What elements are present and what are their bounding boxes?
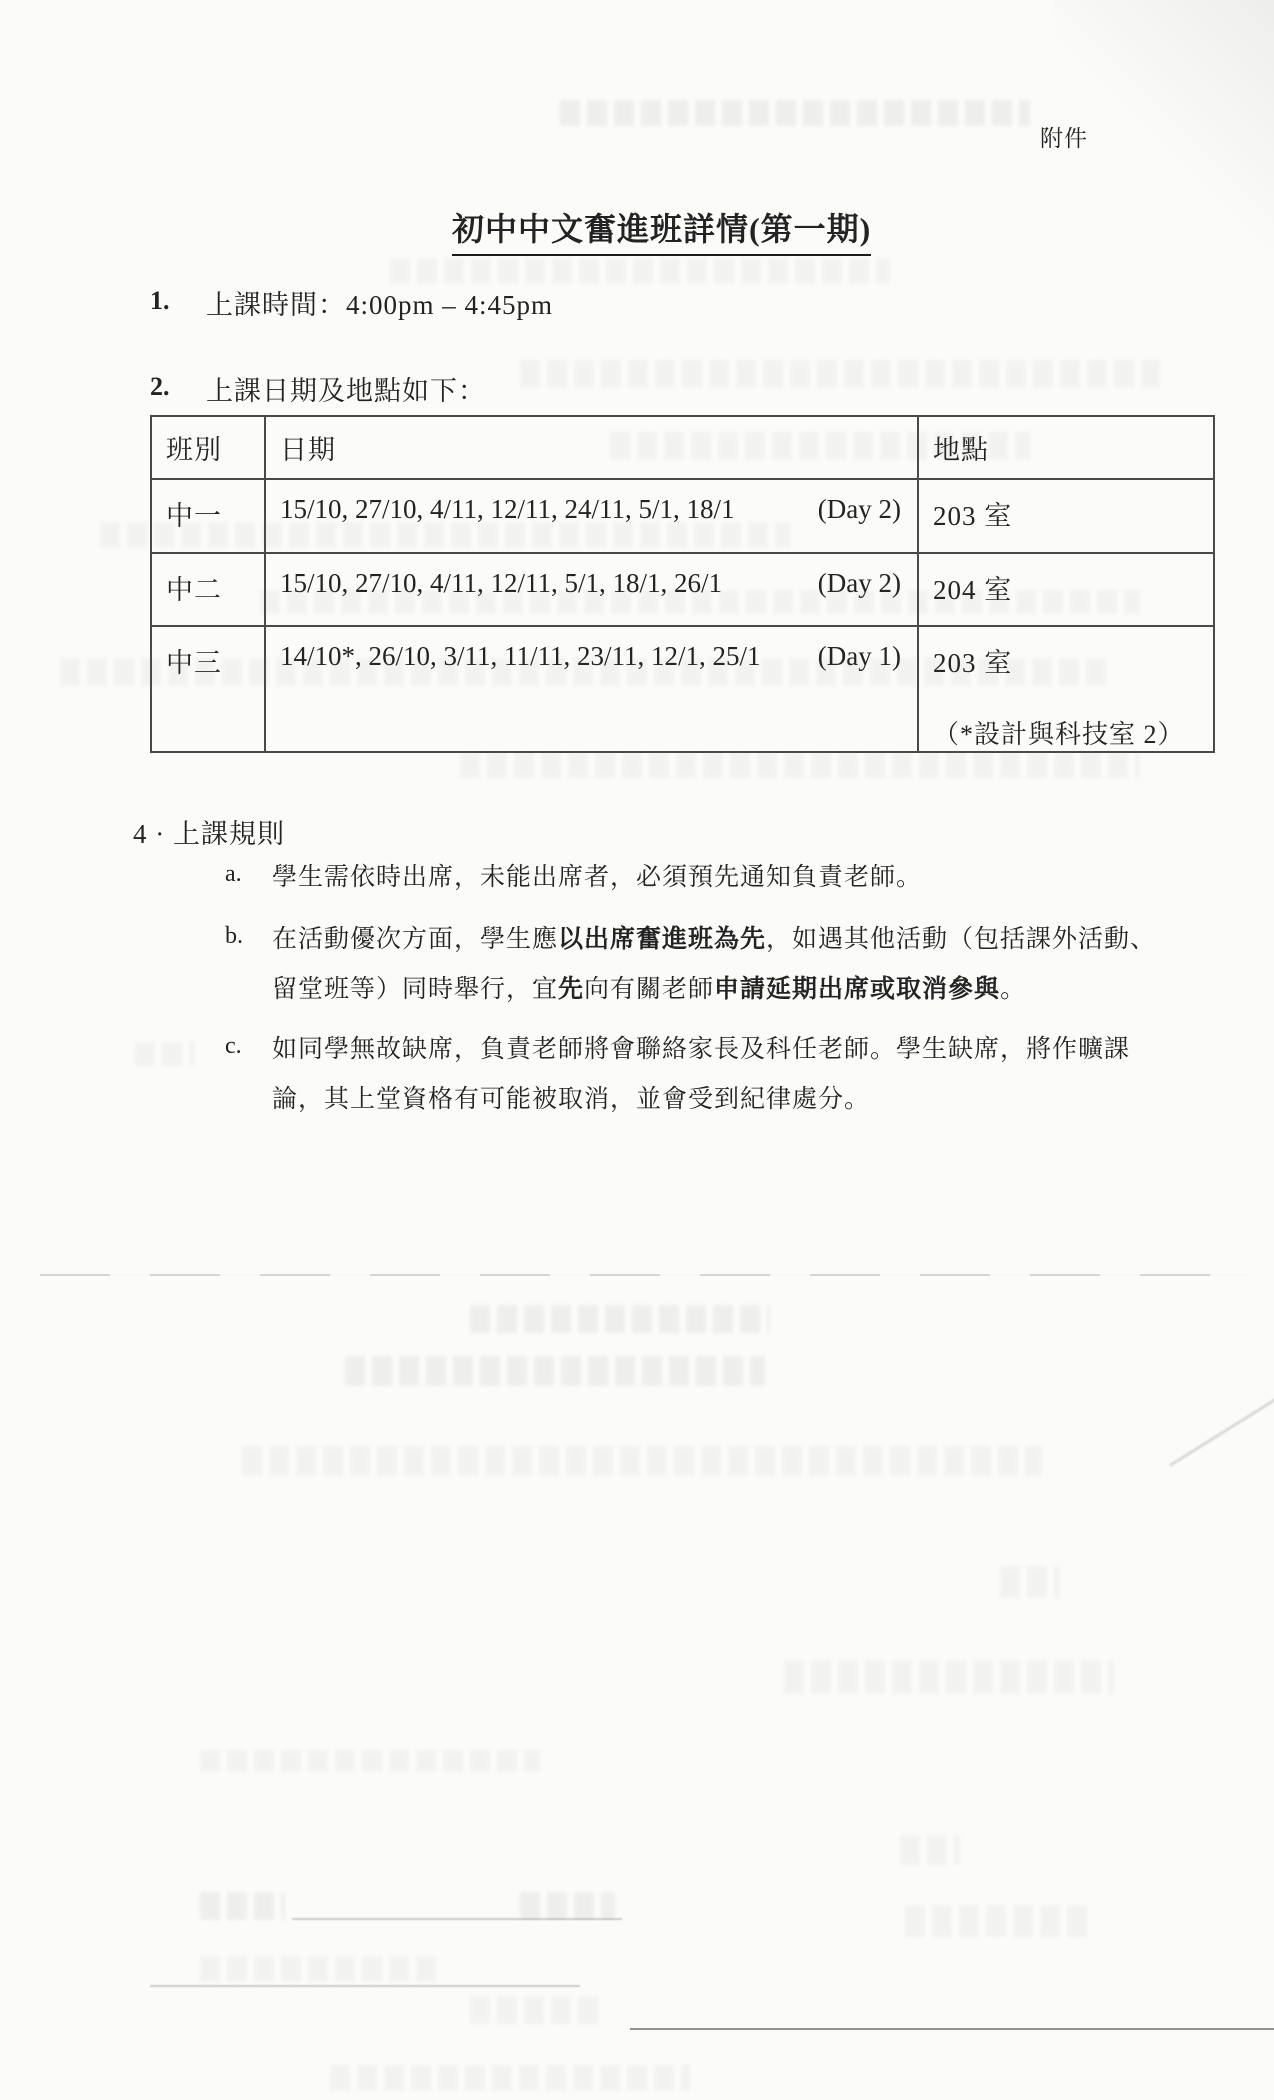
bleed-through-artifact — [560, 100, 1030, 126]
rule-a-text: 學生需依時出席，未能出席者，必須預先通知負責老師。 — [272, 857, 922, 893]
rule-b-label: b. — [225, 923, 243, 950]
rule-b-line1-post: ，如遇其他活動（包括課外活動、 — [766, 926, 1156, 953]
bleed-through-artifact — [1000, 1566, 1060, 1598]
page-title: 初中中文奮進班詳情(第一期) — [452, 204, 871, 256]
bleed-through-artifact — [470, 1996, 600, 2024]
bleed-through-artifact — [390, 258, 890, 284]
rule-c-line1: 如同學無故缺席，負責老師將會聯絡家長及科任老師。學生缺席，將作曠課 — [272, 1029, 1130, 1065]
scan-fold-line — [40, 1274, 1250, 1276]
row3-location: 203 室 — [933, 641, 1203, 680]
rule-b-line2-end: 。 — [1000, 976, 1026, 1003]
bleed-through-artifact — [900, 1835, 960, 1865]
bleed-through-artifact — [200, 1956, 440, 1982]
bleed-through-artifact — [200, 1892, 285, 1920]
header-dates: 日期 — [265, 416, 918, 479]
rule-b-line1-bold: 以出席奮進班為先 — [558, 926, 766, 953]
bleed-through-artifact — [330, 2065, 690, 2091]
item-2-number: 2. — [150, 372, 170, 402]
row2-day: (Day 2) — [818, 568, 901, 599]
table-row: 中二 15/10, 27/10, 4/11, 12/11, 5/1, 18/1,… — [151, 553, 1214, 626]
bleed-through-artifact — [242, 1446, 1042, 1476]
schedule-table: 班別 日期 地點 中一 15/10, 27/10, 4/11, 12/11, 2… — [150, 415, 1215, 753]
row3-day: (Day 1) — [818, 641, 901, 672]
bleed-through-underline — [150, 1985, 580, 1987]
rule-b-line2: 留堂班等）同時舉行，宜先向有關老師申請延期出席或取消參與。 — [272, 969, 1026, 1005]
bleed-through-artifact — [345, 1356, 765, 1386]
item-1-number: 1. — [150, 286, 170, 316]
class-time-text: 上課時間：4:00pm – 4:45pm — [206, 283, 553, 322]
scan-bottom-line — [630, 2028, 1274, 2030]
rule-b-line1: 在活動優次方面，學生應以出席奮進班為先，如遇其他活動（包括課外活動、 — [272, 919, 1156, 955]
bleed-through-artifact — [784, 1660, 1114, 1694]
row3-dates: 14/10*, 26/10, 3/11, 11/11, 23/11, 12/1,… — [280, 641, 761, 672]
row1-location: 203 室 — [918, 479, 1214, 553]
scan-diagonal-streak — [1169, 1396, 1274, 1467]
row3-location-note: （*設計與科技室 2） — [933, 714, 1203, 751]
rule-b-line2-mid: 向有關老師 — [584, 976, 714, 1003]
attachment-label: 附件 — [1040, 120, 1088, 153]
table-header-row: 班別 日期 地點 — [151, 416, 1214, 479]
rule-b-line1-pre: 在活動優次方面，學生應 — [272, 926, 558, 953]
row1-dates: 15/10, 27/10, 4/11, 12/11, 24/11, 5/1, 1… — [280, 494, 735, 525]
rule-b-line2-bold2: 申請延期出席或取消參與 — [714, 976, 1000, 1003]
rule-c-label: c. — [225, 1033, 242, 1060]
rule-a-label: a. — [225, 861, 242, 888]
row2-class: 中二 — [151, 553, 265, 626]
table-row: 中三 14/10*, 26/10, 3/11, 11/11, 23/11, 12… — [151, 626, 1214, 752]
bleed-through-artifact — [520, 360, 1160, 388]
schedule-intro-text: 上課日期及地點如下： — [206, 369, 486, 408]
bleed-through-artifact — [460, 752, 1140, 778]
header-location: 地點 — [918, 416, 1214, 479]
rules-heading: 4 · 上課規則 — [133, 812, 285, 851]
bleed-through-artifact — [135, 1042, 195, 1066]
table-row: 中一 15/10, 27/10, 4/11, 12/11, 24/11, 5/1… — [151, 479, 1214, 553]
bleed-through-artifact — [200, 1750, 540, 1772]
rule-b-line2-bold1: 先 — [558, 976, 584, 1003]
row2-location: 204 室 — [918, 553, 1214, 626]
row1-day: (Day 2) — [818, 494, 901, 525]
bleed-through-artifact — [905, 1905, 1095, 1937]
row3-class: 中三 — [151, 626, 265, 752]
bleed-through-artifact — [520, 1892, 615, 1920]
rule-b-line2-pre: 留堂班等）同時舉行，宜 — [272, 976, 558, 1003]
row2-dates: 15/10, 27/10, 4/11, 12/11, 5/1, 18/1, 26… — [280, 568, 722, 599]
row1-class: 中一 — [151, 479, 265, 553]
bleed-through-underline — [292, 1918, 622, 1920]
rule-c-line2: 論，其上堂資格有可能被取消，並會受到紀律處分。 — [272, 1079, 870, 1115]
bleed-through-artifact — [470, 1305, 770, 1333]
header-class: 班別 — [151, 416, 265, 479]
